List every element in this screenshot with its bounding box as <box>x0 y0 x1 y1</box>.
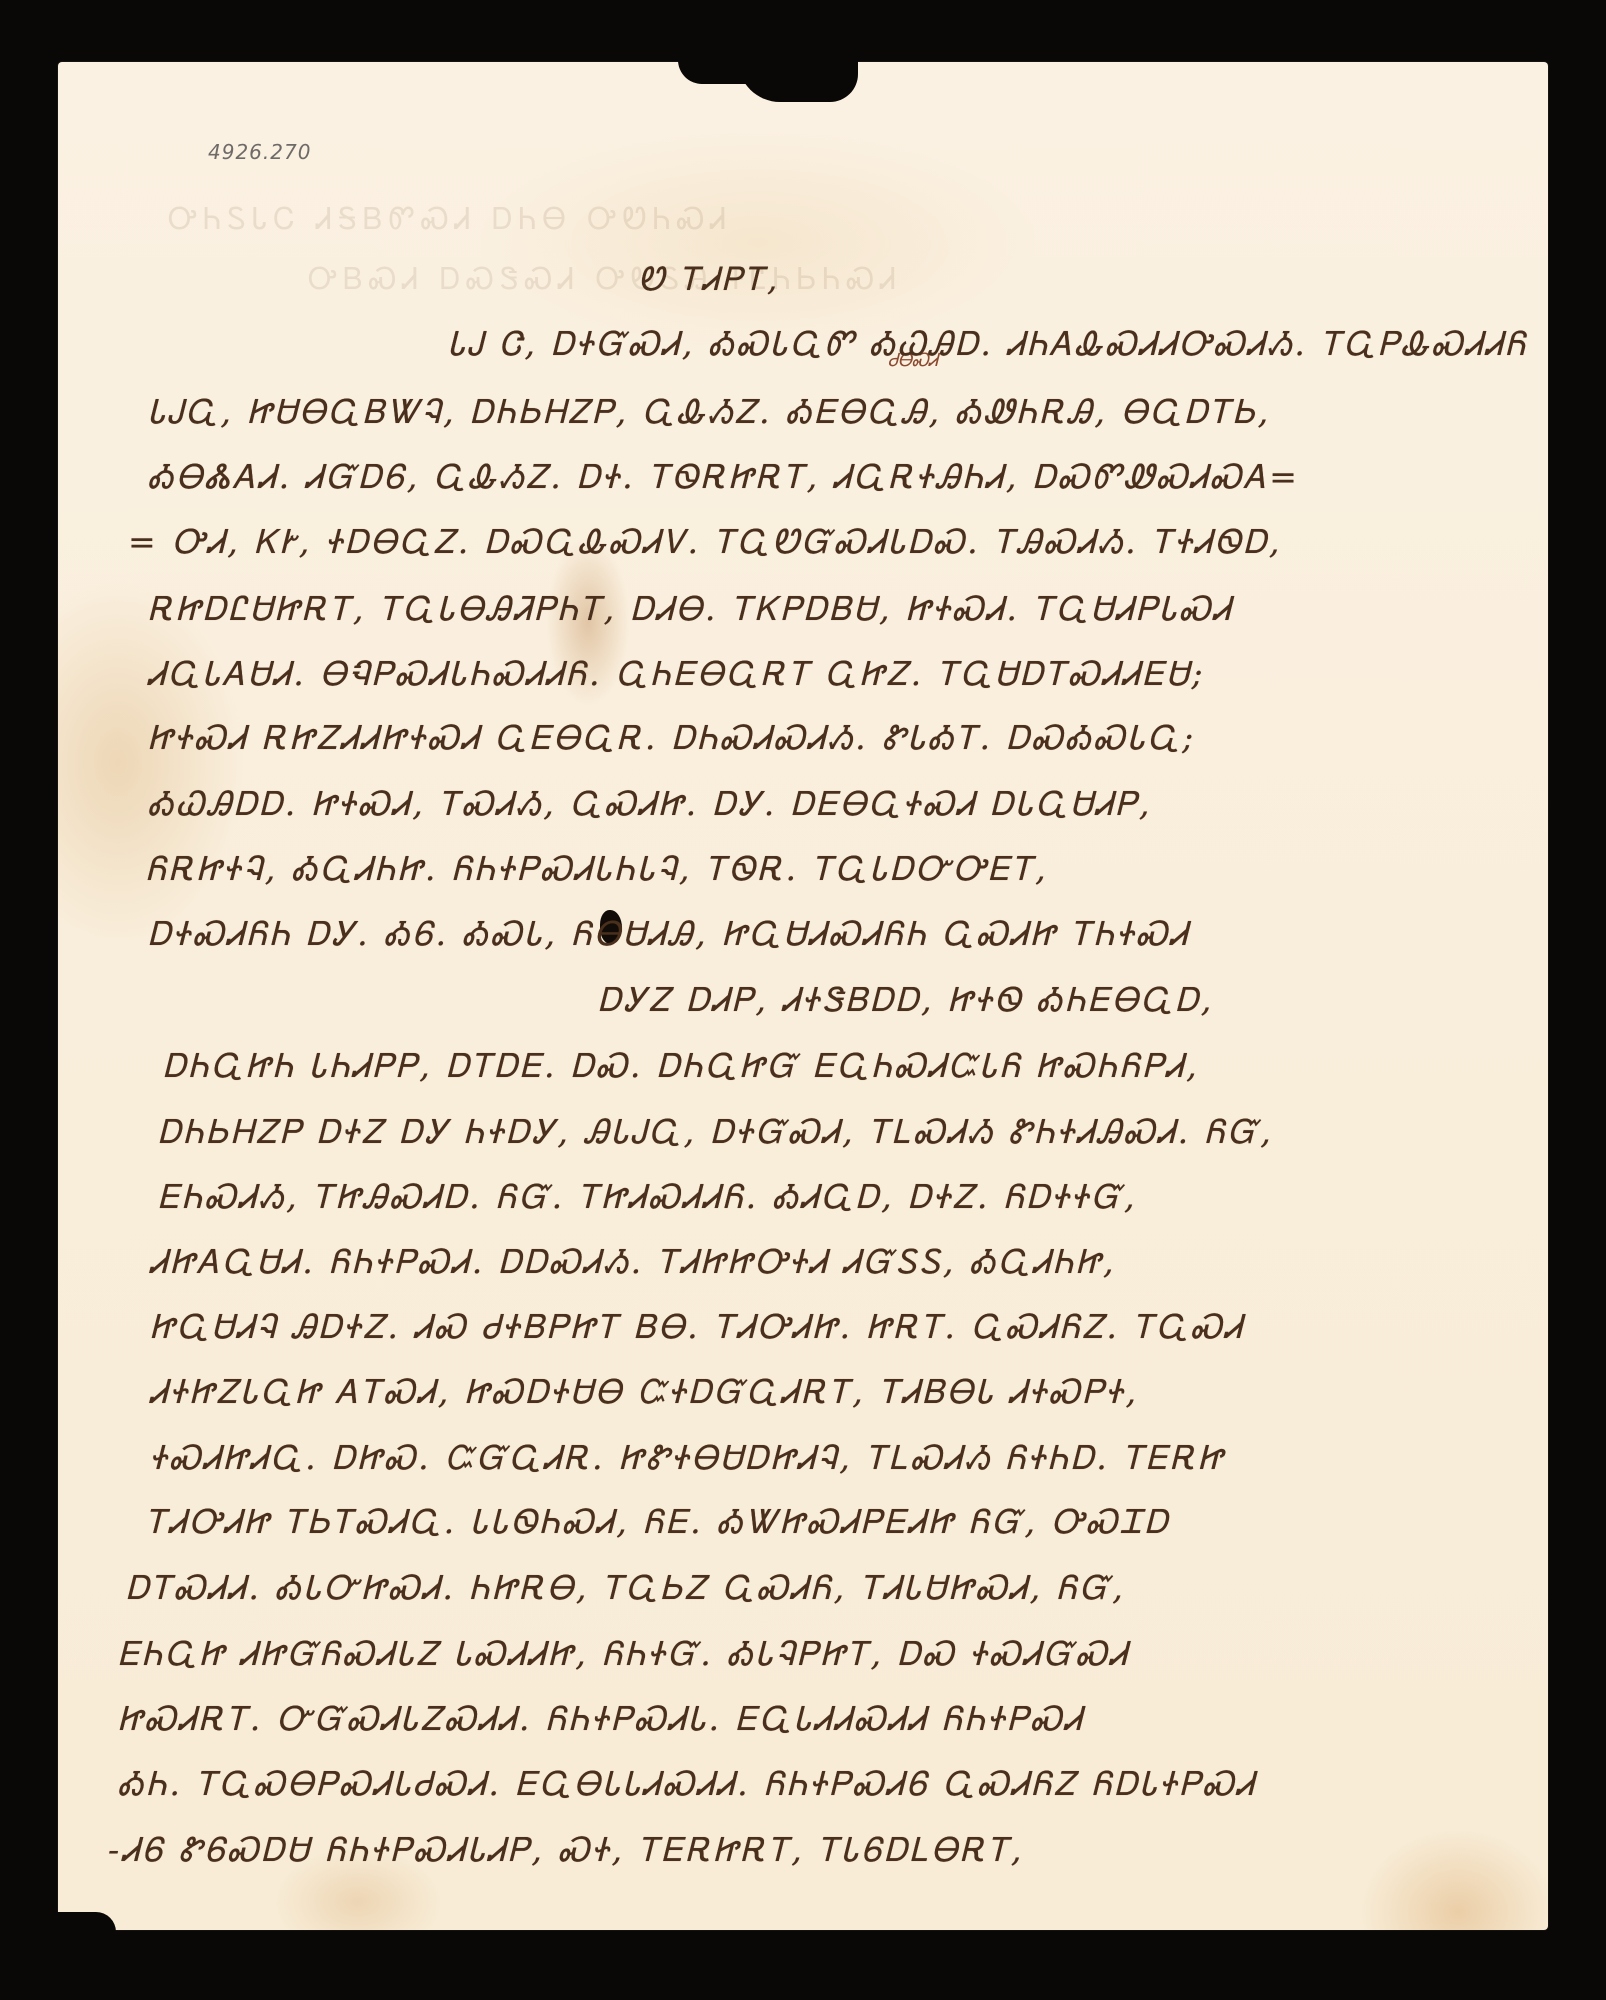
manuscript-line: ᎠᏂᏏᎻᏃᏢ ᎠᏐᏃ ᎠᎩ ᏂᏐᎠᎩ, ᎯᏓᎫᏩ, ᎠᏐᏳᏍᏗ, ᎢᏞᏍᏗᏱ Ꮡ… <box>158 1112 1274 1152</box>
paper-corner-damage <box>56 1912 116 1932</box>
bleed-through-text: ᎤᏴᏍᏗ ᎠᏍᏕᏍᏗ ᎤᏬᏚᎯ ᏐᏝᏂᏏᏂᏍᏗ <box>308 262 902 297</box>
manuscript-line: ᏲᎡᏥᏐᎸ, ᎣᏩᏗᏂᏥ. ᏲᏂᏐᏢᏍᏗᏓᏂᏓᎸ, ᎢᏫᎡ. ᎢᏩᏓᎠᏅᎤᎬᎢ, <box>146 849 1049 889</box>
manuscript-line: -ᏗᏮ ᏑᏮᏍᎠᏌ ᏲᏂᏐᏢᏍᏗᏓᏗᏢ, ᏍᏐ, ᎢᎬᎡᏥᎡᎢ, ᎢᏓᏮᎠᏞᎾᎡ… <box>108 1830 1024 1870</box>
manuscript-line: ᏓᎫ Ꮳ, ᎠᏐᏳᏍᏗ, ᎣᏍᏓᏩᏛ ᎣᏇᎯᎠ. ᏗᏂᎪᎲᏍᏗᏗᎤᏍᏗᏱ. ᎢᏩ… <box>448 324 1528 364</box>
manuscript-line: ᏥᏐᏍᏗ ᎡᏥᏃᏗᏗᏥᏐᏍᏗ ᏩᎬᎾᏩᎡ. ᎠᏂᏍᏗᏍᏗᏱ. ᏑᏓᎣᎢ. ᎠᏍᎣ… <box>148 718 1196 758</box>
paper-tear <box>738 60 858 102</box>
manuscript-line: ᎬᏂᏍᏗᏱ, ᎢᏥᎯᏍᏗᎠ. ᏲᏳ. ᎢᏥᏗᏍᏗᏗᏲ. ᎣᏗᏩᎠ, ᎠᏐᏃ. Ᏺ… <box>158 1177 1137 1217</box>
manuscript-line: ᎣᏇᎯᎠᎠ. ᏥᏐᏍᏗ, ᎢᏍᏗᏱ, ᏩᏍᏗᏥ. ᎠᎩ. ᎠᎬᎾᏩᏐᏍᏗ ᎠᏓᏩ… <box>148 784 1152 824</box>
letter-heading: Ꮼ ᎢᏗᏢᎢ, <box>638 260 780 299</box>
manuscript-line: = ᎤᏗ, ᏦᎨ, ᏐᎠᎾᏩᏃ. ᎠᏍᏩᎲᏍᏗᏙ. ᎢᏩᏬᏳᏍᏗᏓᎠᏍ. ᎢᎯᏍ… <box>128 522 1282 562</box>
manuscript-line: ᎬᏂᏩᏥ ᏗᏥᏳᏲᏍᏗᏓᏃ ᏓᏍᏗᏗᏥ, ᏲᏂᏐᏳ. ᎣᏓᎸᏢᏥᎢ, ᎠᏍ ᏐᏍ… <box>118 1634 1130 1674</box>
manuscript-line: ᎣᎾᏜᎪᏗ. ᏗᏳᎠᏮ, ᏩᎲᏱᏃ. ᎠᏐ. ᎢᏫᎡᏥᎡᎢ, ᏗᏩᎡᏐᎯᏂᏗ, … <box>148 457 1300 497</box>
manuscript-line: ᎠᎢᏍᏗᏗ. ᎣᏓᏅᏥᏍᏗ. ᏂᏥᎡᎾ, ᎢᏩᏏᏃ ᏩᏍᏗᏲ, ᎢᏗᏓᏌᏥᏍᏗ,… <box>126 1568 1126 1608</box>
manuscript-line: ᎠᎩᏃ ᎠᏗᏢ, ᏗᏐᏕᏴᎠᎠ, ᏥᏐᏫ ᎣᏂᎬᎾᏩᎠ, <box>598 980 1214 1020</box>
bleed-through-text: ᎤᏂᏚᏓᏟ ᏗᎦᏴᏛᏍᏗ ᎠᏂᎾ ᎤᏬᏂᏍᏗ <box>168 202 732 237</box>
manuscript-line: ᏗᏩᏓᎪᏌᏗ. ᎾᏄᏢᏍᏗᏓᏂᏍᏗᏗᏲ. ᏩᏂᎬᎾᏩᎡᎢ ᏩᏥᏃ. ᎢᏩᏌᎠᎢᏍ… <box>148 654 1206 694</box>
manuscript-line: ᏥᏍᏗᎡᎢ. ᏅᏳᏍᏗᏓᏃᏍᏗᏗ. ᏲᏂᏐᏢᏍᏗᏓ. ᎬᏩᏓᏗᏗᏍᏗᏗ ᏲᏂᏐᏢ… <box>118 1699 1085 1739</box>
catalog-number: 4926.270 <box>208 140 311 164</box>
manuscript-line: ᏗᏥᎪᏩᏌᏗ. ᏲᏂᏐᏢᏍᏗ. ᎠᎠᏍᏗᏱ. ᎢᏗᏥᏥᎤᏐᏗ ᏗᏳᏚᏚ, ᎣᏩᏗ… <box>150 1242 1117 1282</box>
manuscript-line: ᏓᎫᏩ, ᏥᏌᎾᏩᏴᏔᎸ, ᎠᏂᏏᎻᏃᏢ, ᏩᎲᏱᏃ. ᎣᎬᎾᏩᎯ, ᎣᏪᏂᎡᎯ… <box>148 392 1271 432</box>
manuscript-line: ᏗᏐᏥᏃᏓᏩᏥ ᎪᎢᏍᏗ, ᏥᏍᎠᏐᏌᎾ ᏨᏐᎠᏳᏩᏗᎡᎢ, ᎢᏗᏴᎾᏓ ᏗᏐᏍ… <box>150 1372 1139 1412</box>
manuscript-line: ᎠᏐᏍᏗᏲᏂ ᎠᎩ. ᎣᏮ. ᎣᏍᏓ, ᏲᎾᏌᏗᎯ, ᏥᏩᏌᏗᏍᏗᏲᏂ ᏩᏍᏗᏥ… <box>148 914 1190 954</box>
manuscript-line: ᎠᏂᏩᏥᏂ ᏓᏂᏗᏢᏢ, ᎠᎢᎠᎬ. ᎠᏍ. ᎠᏂᏩᏥᏳ ᎬᏩᏂᏍᏗᏨᏓᏲ ᏥᏍ… <box>163 1046 1200 1086</box>
manuscript-page: 4926.270 ᎤᏂᏚᏓᏟ ᏗᎦᏴᏛᏍᏗ ᎠᏂᎾ ᎤᏬᏂᏍᏗ ᎤᏴᏍᏗ ᎠᏍᏕ… <box>58 62 1548 1930</box>
manuscript-line: ᏐᏍᏗᏥᏗᏩ. ᎠᏥᏍ. ᏨᏳᏩᏗᎡ. ᏥᏑᏐᎾᏌᎠᏥᏗᎸ, ᎢᏞᏍᏗᏱ ᏲᏐᏂ… <box>150 1438 1225 1478</box>
manuscript-line: ᎣᏂ. ᎢᏩᏍᎾᏢᏍᏗᏓᏧᏍᏗ. ᎬᏩᎾᏓᏓᏗᏍᏗᏗ. ᏲᏂᏐᏢᏍᏗᏮ ᏩᏍᏗᏲ… <box>118 1764 1257 1804</box>
manuscript-line: ᎢᏗᎤᏗᏥ ᎢᏏᎢᏍᏗᏩ. ᏓᏓᏫᏂᏍᏗ, ᏲᎬ. ᎣᏔᏥᏍᏗᏢᎬᏗᏥ ᏲᏳ, … <box>146 1502 1170 1542</box>
manuscript-line: ᎡᏥᎠᏝᏌᏥᎡᎢ, ᎢᏩᏓᎾᎯᏘᏢᏂᎢ, ᎠᏗᎾ. ᎢᏦᏢᎠᏴᏌ, ᏥᏐᏍᏗ. … <box>148 589 1233 629</box>
manuscript-line: ᏥᏩᏌᏗᎸ ᎯᎠᏐᏃ. ᏗᏍ ᏧᏐᏴᏢᏥᎢ ᏴᎾ. ᎢᏗᎤᏗᏥ. ᏥᎡᎢ. ᏩᏍ… <box>150 1307 1245 1347</box>
